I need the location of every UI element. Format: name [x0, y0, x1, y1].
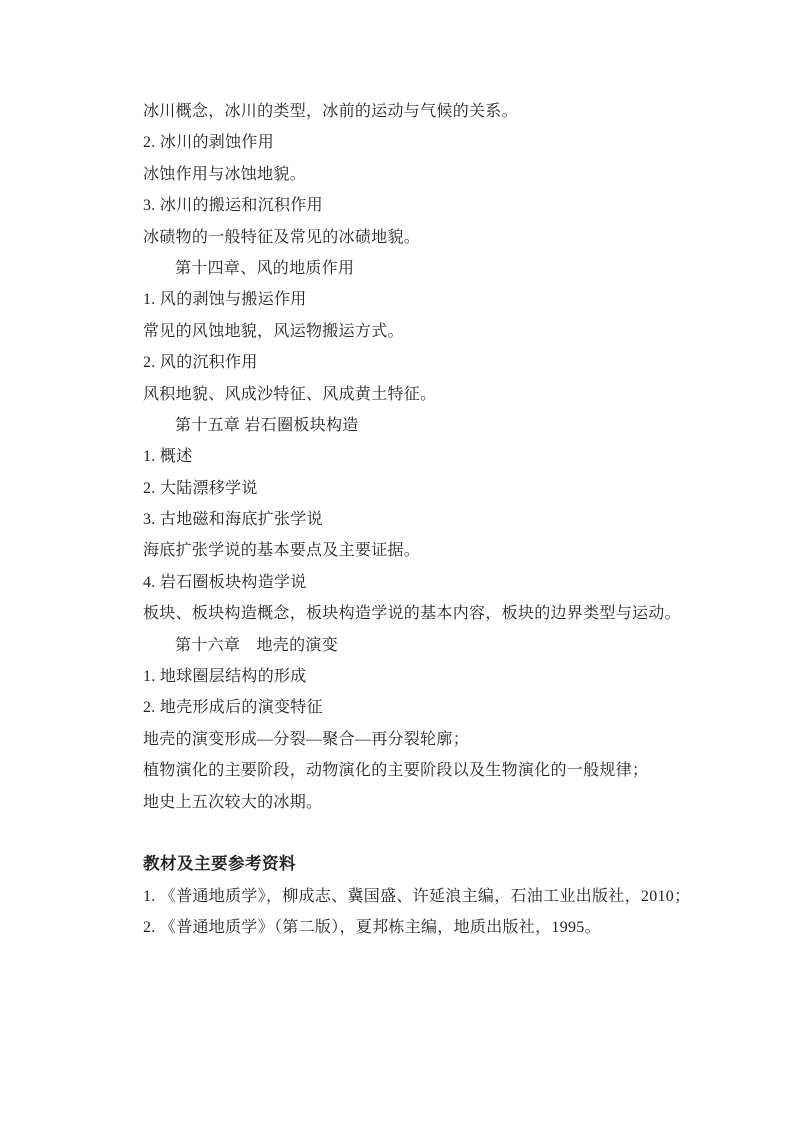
doc-line: 板块、板块构造概念，板块构造学说的基本内容，板块的边界类型与运动。: [143, 598, 763, 629]
chapter-heading-15: 第十五章 岩石圈板块构造: [143, 410, 763, 441]
doc-line: 冰川概念，冰川的类型，冰前的运动与气候的关系。: [143, 96, 763, 127]
doc-line-numbered: 2. 地壳形成后的演变特征: [143, 692, 763, 723]
reference-item: 1. 《普通地质学》，柳成志、冀国盛、许延浪主编，石油工业出版社，2010；: [143, 881, 763, 912]
doc-line: 地壳的演变形成—分裂—聚合—再分裂轮廓；: [143, 724, 763, 755]
doc-line: 地史上五次较大的冰期。: [143, 787, 763, 818]
doc-line-numbered: 2. 冰川的剥蚀作用: [143, 127, 763, 158]
doc-line-numbered: 1. 地球圈层结构的形成: [143, 661, 763, 692]
doc-line: 植物演化的主要阶段，动物演化的主要阶段以及生物演化的一般规律；: [143, 755, 763, 786]
chapter-heading-14: 第十四章、风的地质作用: [143, 253, 763, 284]
doc-line: 冰碛物的一般特征及常见的冰碛地貌。: [143, 222, 763, 253]
doc-line-numbered: 1. 风的剥蚀与搬运作用: [143, 284, 763, 315]
doc-line-numbered: 2. 大陆漂移学说: [143, 473, 763, 504]
document-page: 冰川概念，冰川的类型，冰前的运动与气候的关系。 2. 冰川的剥蚀作用 冰蚀作用与…: [0, 0, 793, 1121]
doc-line-numbered: 3. 冰川的搬运和沉积作用: [143, 190, 763, 221]
doc-line: 常见的风蚀地貌，风运物搬运方式。: [143, 316, 763, 347]
reference-item: 2. 《普通地质学》（第二版），夏邦栋主编，地质出版社，1995。: [143, 912, 763, 943]
blank-line: [143, 818, 763, 849]
doc-line: 冰蚀作用与冰蚀地貌。: [143, 159, 763, 190]
doc-line-numbered: 2. 风的沉积作用: [143, 347, 763, 378]
chapter-heading-16: 第十六章 地壳的演变: [143, 630, 763, 661]
doc-line-numbered: 1. 概述: [143, 441, 763, 472]
document-content: 冰川概念，冰川的类型，冰前的运动与气候的关系。 2. 冰川的剥蚀作用 冰蚀作用与…: [143, 96, 763, 944]
doc-line-numbered: 4. 岩石圈板块构造学说: [143, 567, 763, 598]
references-heading: 教材及主要参考资料: [143, 849, 763, 880]
doc-line-numbered: 3. 古地磁和海底扩张学说: [143, 504, 763, 535]
doc-line: 风积地貌、风成沙特征、风成黄土特征。: [143, 379, 763, 410]
doc-line: 海底扩张学说的基本要点及主要证据。: [143, 535, 763, 566]
